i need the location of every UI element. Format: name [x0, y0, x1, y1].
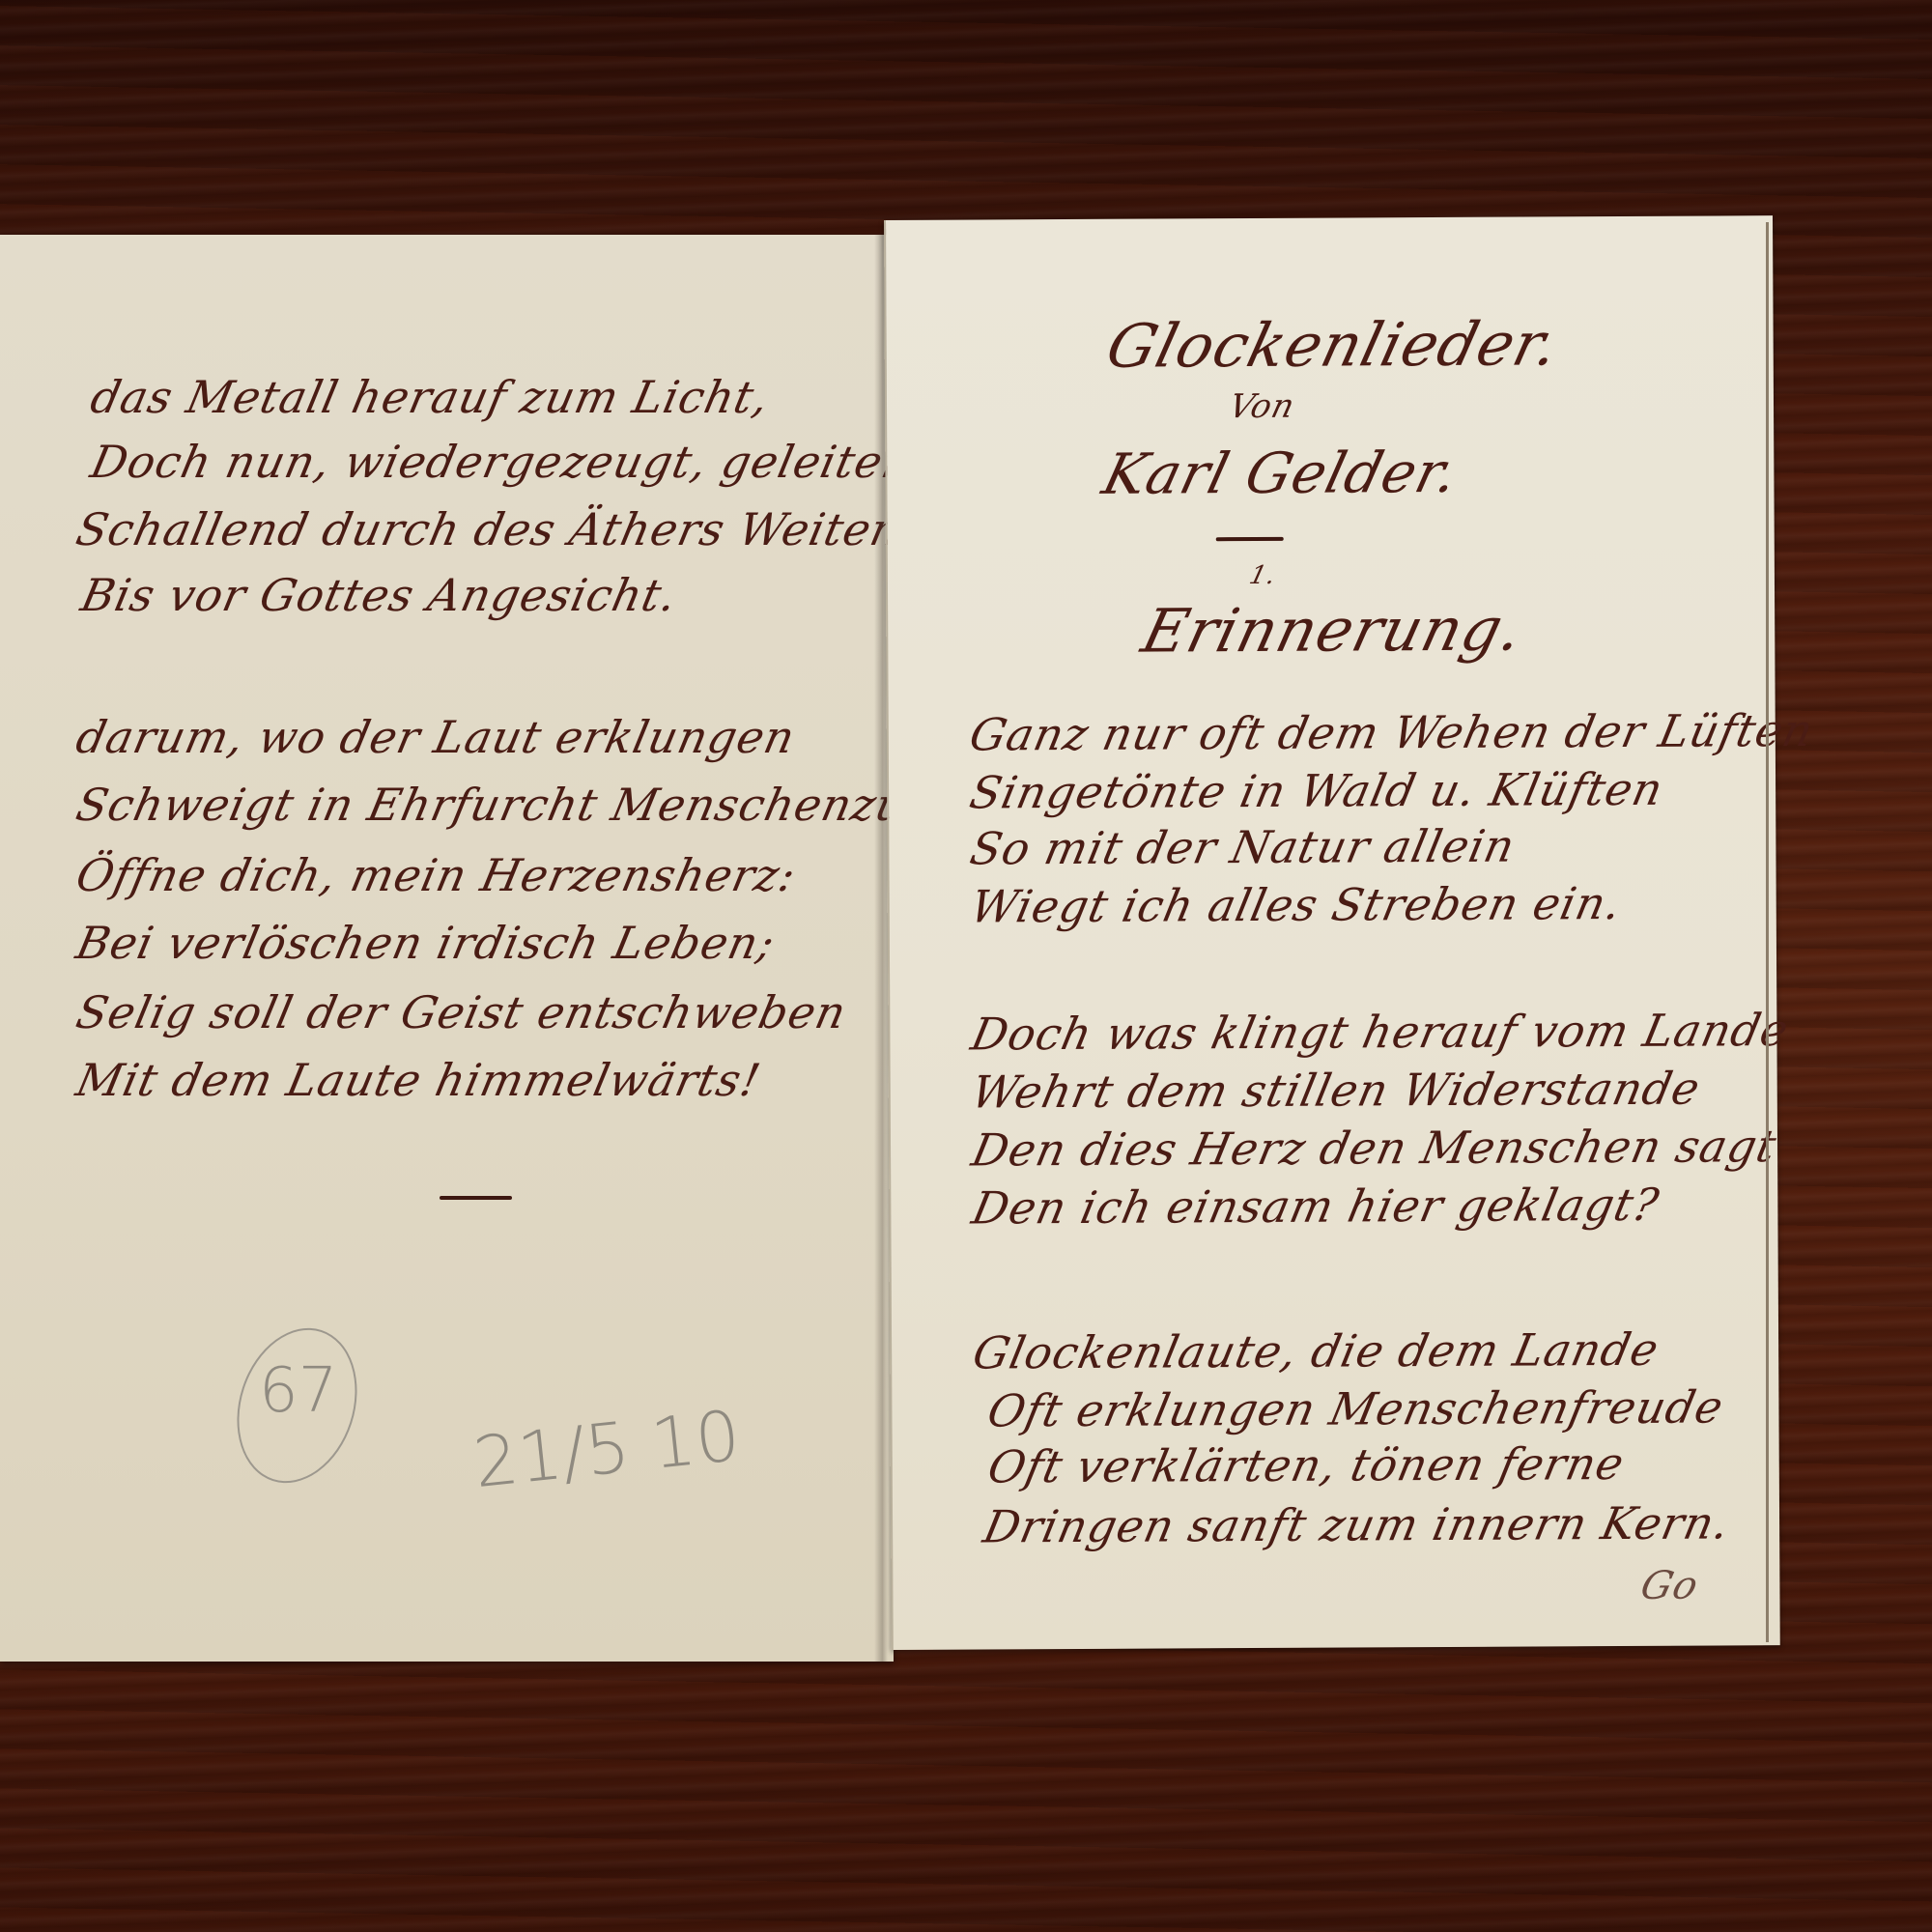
right-manuscript-page: Glockenlieder. Von Karl Gelder. 1. Erinn…	[884, 215, 1780, 1650]
left-stanza1-line4: Bis vor Gottes Angesicht.	[77, 573, 681, 617]
left-stanza2-line4: Bei verlöschen irdisch Leben;	[72, 921, 779, 965]
left-manuscript-page: das Metall herauf zum Licht, Doch nun, w…	[0, 235, 894, 1662]
right-stanza2-line4: Den ich einsam hier geklagt?	[969, 1182, 1663, 1231]
byline-prefix: Von	[1225, 387, 1299, 426]
pencil-folio-number: 67	[259, 1355, 337, 1427]
right-stanza2-line3: Den dies Herz den Menschen sagt	[968, 1123, 1780, 1172]
catchword: Go	[1636, 1564, 1703, 1608]
right-stanza1-line2: Singetönte in Wald u. Klüften	[966, 767, 1667, 815]
right-stanza3-line2: Oft erklungen Menschenfreude	[984, 1384, 1728, 1433]
left-stanza1-line1: das Metall herauf zum Licht,	[87, 375, 774, 419]
manuscript-title: Glockenlieder.	[1100, 308, 1567, 382]
left-stanza2-line5: Selig soll der Geist entschweben	[72, 990, 850, 1035]
right-stanza3-line3: Oft verklärten, tönen ferne	[984, 1441, 1629, 1489]
right-page-edge	[1766, 222, 1769, 1642]
end-divider-rule	[440, 1196, 512, 1200]
left-stanza2-line3: Öffne dich, mein Herzensherz:	[72, 853, 800, 897]
right-stanza3-line1: Glockenlaute, die dem Lande	[969, 1327, 1662, 1376]
right-stanza1-line4: Wiegt ich alles Streben ein.	[967, 881, 1626, 929]
left-stanza2-line6: Mit dem Laute himmelwärts!	[72, 1058, 764, 1102]
section-number: 1.	[1246, 561, 1279, 590]
left-stanza2-line1: darum, wo der Laut erklungen	[72, 715, 799, 759]
section-title: Erinnerung.	[1135, 594, 1530, 667]
left-stanza1-line3: Schallend durch des Äthers Weiten	[72, 507, 905, 552]
right-stanza2-line1: Doch was klingt herauf vom Lande	[968, 1008, 1793, 1056]
right-stanza1-line1: Ganz nur oft dem Wehen der Lüften	[966, 708, 1817, 757]
pencil-date-note: 21/5 10	[469, 1395, 743, 1503]
right-stanza2-line2: Wehrt dem stillen Widerstande	[968, 1066, 1704, 1115]
author-name: Karl Gelder.	[1096, 440, 1465, 507]
title-divider-rule	[1216, 537, 1284, 541]
right-stanza1-line3: So mit der Natur allein	[967, 824, 1520, 871]
right-stanza3-line4: Dringen sanft zum innern Kern.	[980, 1500, 1734, 1548]
left-stanza1-line2: Doch nun, wiedergezeugt, geleiten	[87, 440, 917, 484]
